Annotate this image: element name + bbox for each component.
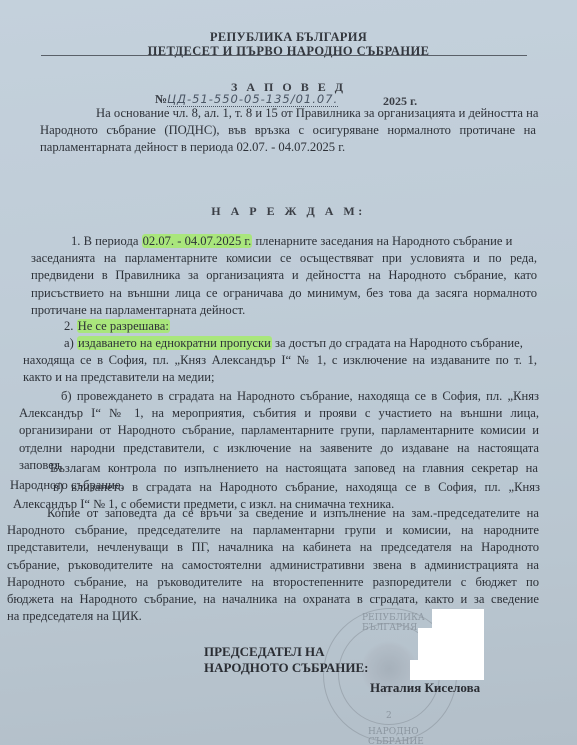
point-2-heading: 2. Не се разрешава: [64, 318, 364, 335]
header-republic: РЕПУБЛИКА БЪЛГАРИЯ [0, 30, 577, 45]
highlight-not-allowed: Не се разрешава: [77, 319, 170, 333]
signature-title-1: ПРЕДСЕДАТЕЛ НА [204, 644, 325, 660]
point-2b: б) провеждането в сградата на Народното … [61, 388, 539, 405]
preamble-line: На основание чл. 8, ал. 1, т. 8 и 15 от … [96, 105, 536, 122]
point-2a-cont: находяща се в София, пл. „Княз Александъ… [23, 352, 537, 387]
signature-title-2: НАРОДНОТО СЪБРАНИЕ: [204, 660, 369, 676]
stamp-bottom-text: НАРОДНО СЪБРАНИЕ [368, 727, 456, 745]
preamble: На основание чл. 8, ал. 1, т. 8 и 15 от … [96, 105, 536, 122]
point-2a: а) издаването на еднократни пропуски за … [64, 335, 537, 352]
preamble-line: парламентарната дейност в периода 02.07.… [40, 139, 536, 156]
control-block-cont: Народното събрание. [10, 477, 510, 494]
document-page: РЕПУБЛИКА БЪЛГАРИЯ ПЕТДЕСЕТ И ПЪРВО НАРО… [0, 0, 577, 745]
control-block: Възлагам контрола по изпълнението на нас… [50, 460, 538, 477]
highlight-passes: издаването на еднократни пропуски [77, 336, 272, 350]
stamp-number: 2 [386, 711, 392, 721]
decree-heading: Н А Р Е Ж Д А М: [0, 204, 577, 219]
point-1-cont: заседанията на парламентарните комисии с… [31, 250, 537, 319]
preamble-line: Народното събрание (ПОДНС), във връзка с… [40, 122, 536, 139]
highlight-period: 02.07. - 04.07.2025 г. [142, 234, 253, 248]
signature-redaction [410, 660, 484, 680]
point-1: 1. В периода 02.07. - 04.07.2025 г. плен… [71, 233, 537, 250]
preamble-cont: Народното събрание (ПОДНС), във връзка с… [40, 122, 536, 157]
number-prefix: № [155, 92, 167, 106]
copies: Копие от заповедта да се връчи за сведен… [47, 505, 539, 522]
header-divider [41, 55, 527, 56]
signatory-name: Наталия Киселова [370, 680, 480, 696]
header-assembly: ПЕТДЕСЕТ И ПЪРВО НАРОДНО СЪБРАНИЕ [0, 44, 577, 59]
